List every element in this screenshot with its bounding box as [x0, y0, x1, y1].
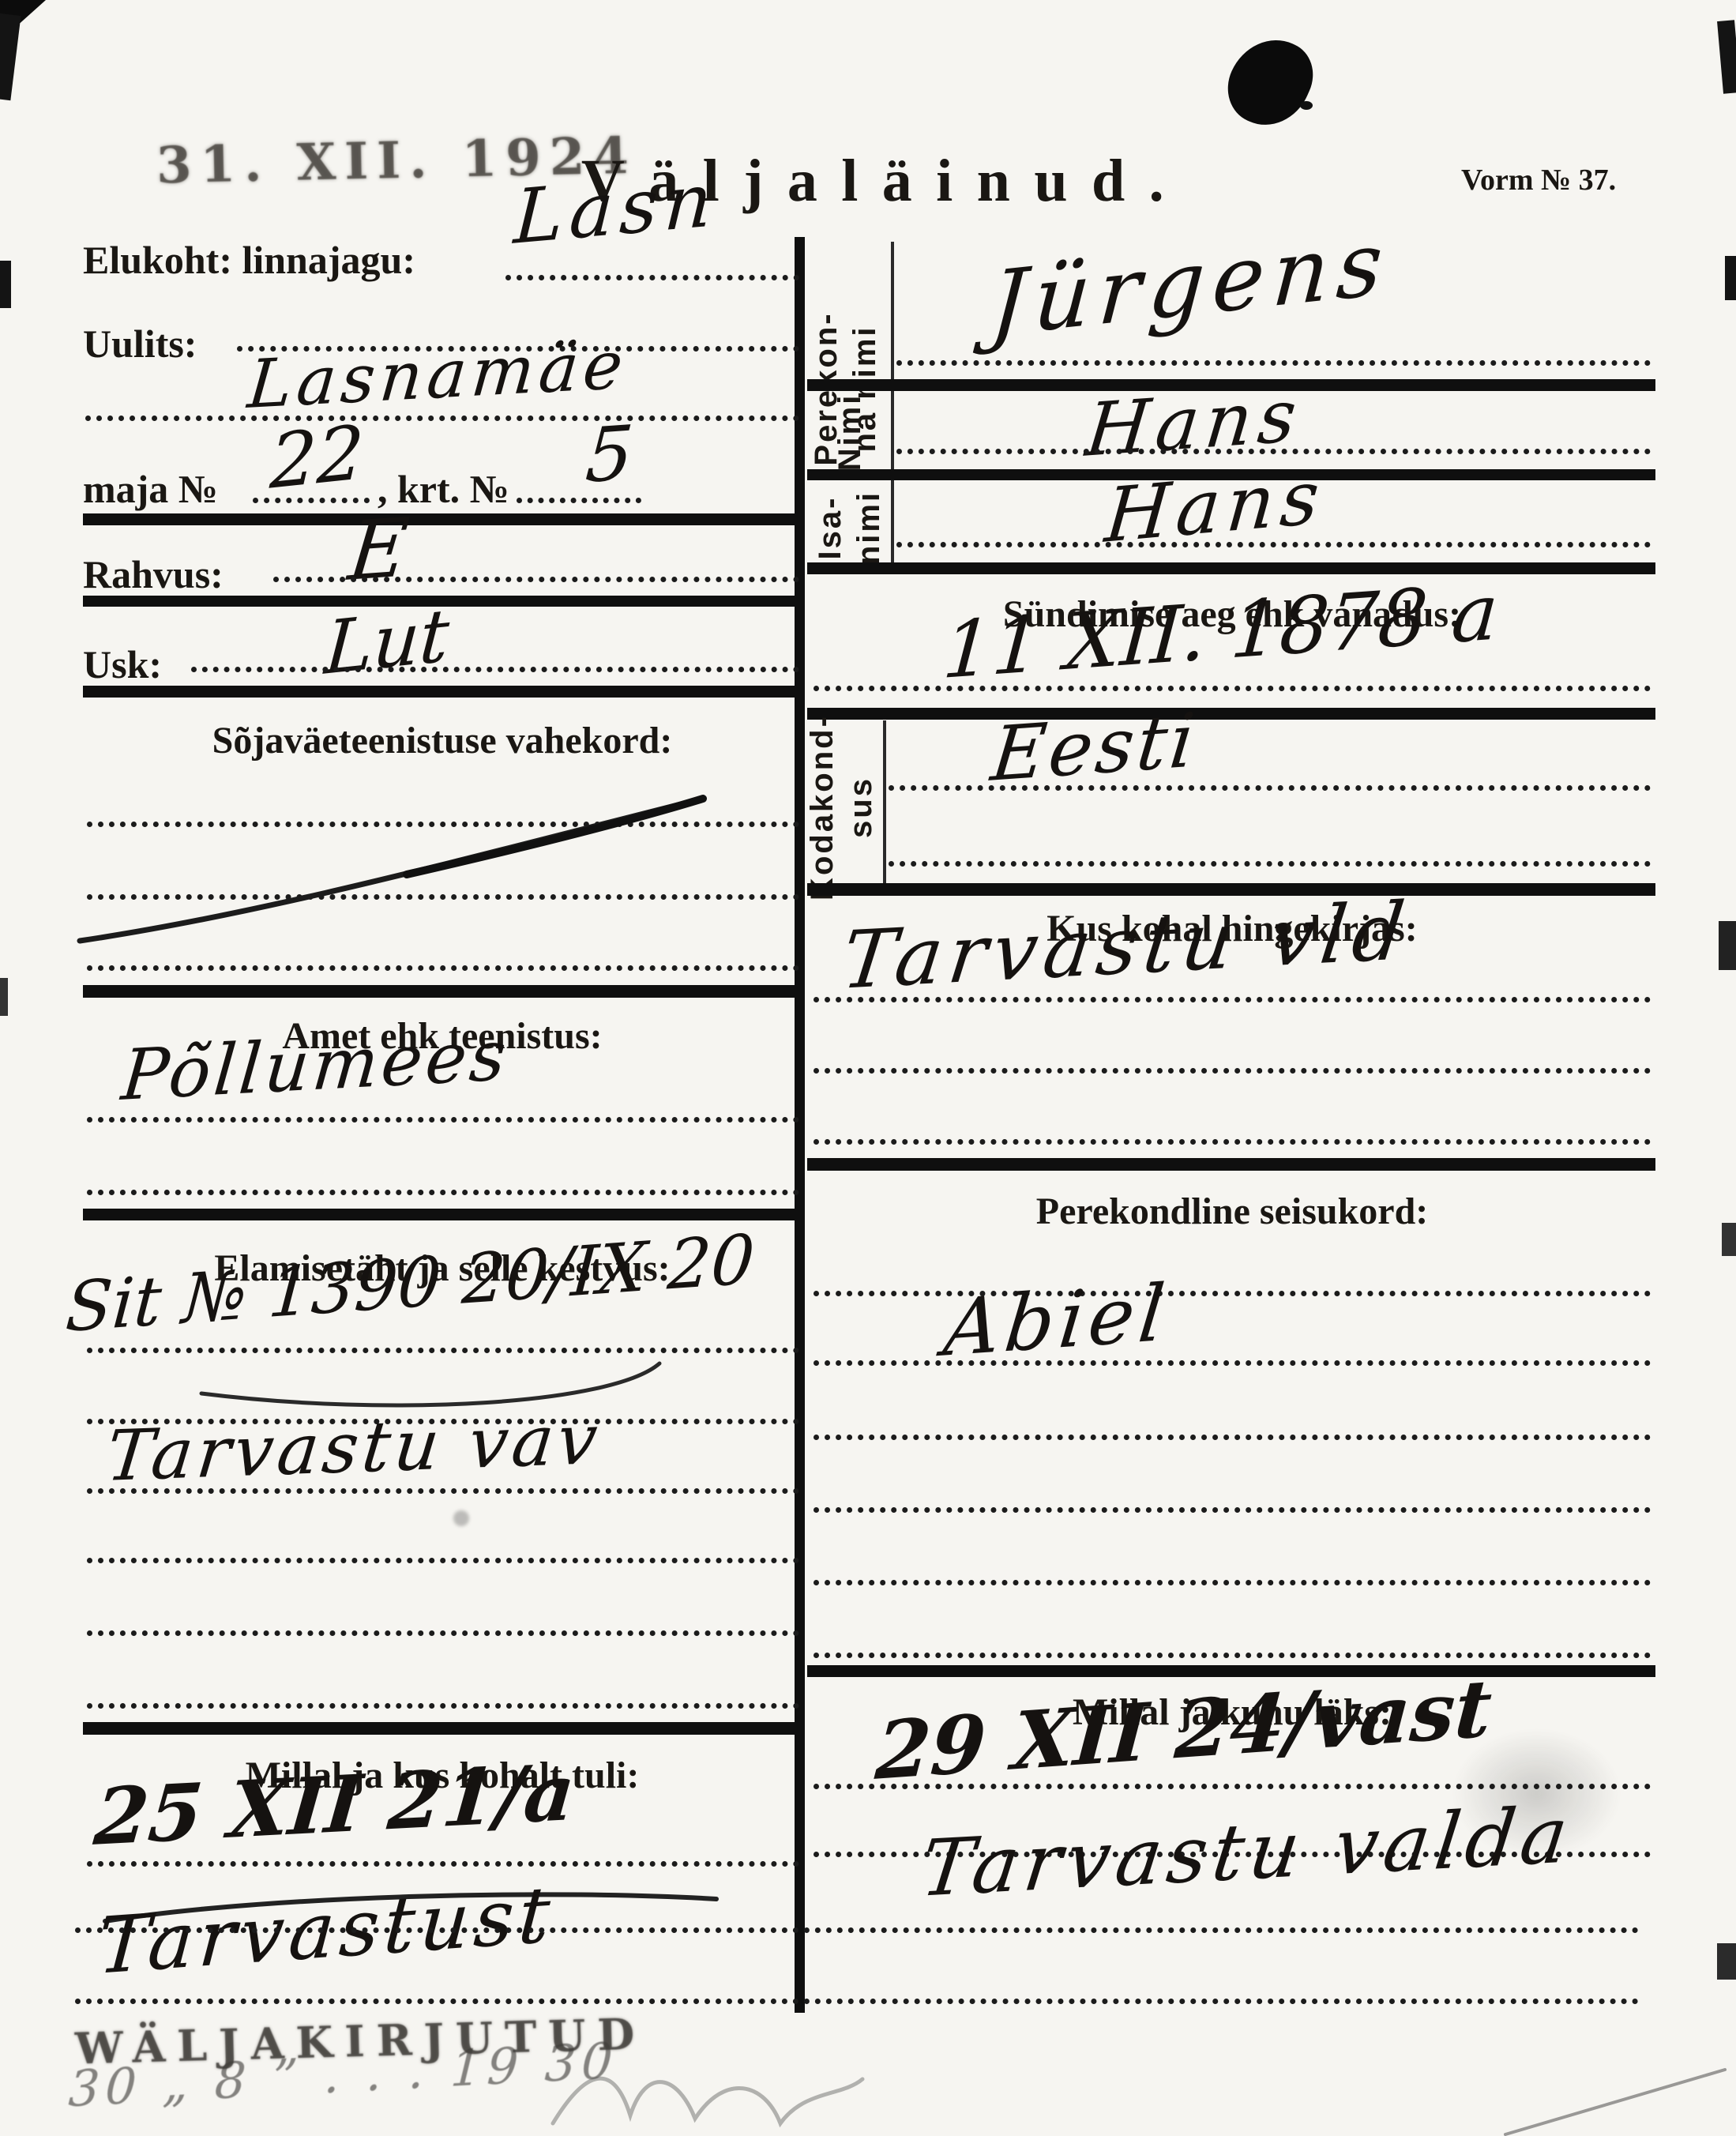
field-value-perekonnanimi: Jürgens: [987, 211, 1394, 357]
label-rule: [891, 242, 894, 573]
ink-blob-dot: [1300, 101, 1313, 110]
section-bar: [807, 1158, 1655, 1171]
field-value-hingekirjas: Tarvastu vld: [837, 884, 1415, 1007]
dotted-line: [814, 1435, 1651, 1440]
dotted-line: [75, 1999, 1639, 2004]
section-header-seisukord: Perekondline seisukord:: [814, 1190, 1651, 1233]
field-value-elamisetaht-1: Sit № 1390 20/IX 20: [63, 1220, 757, 1348]
pencil-line: [1501, 2063, 1730, 2136]
field-label-elukoht: Elukoht: linnajagu:: [83, 237, 415, 283]
dotted-line: [253, 498, 370, 503]
scan-edge-artifact: [0, 261, 11, 308]
scan-edge-artifact: [1725, 256, 1736, 300]
field-label-rahvus: Rahvus:: [83, 551, 224, 597]
scan-edge-artifact: [1719, 921, 1736, 970]
field-value-sundimine: 11 XII. 1878 a: [940, 567, 1501, 697]
section-bar: [83, 1722, 802, 1735]
field-value-elukoht: Lasn: [512, 156, 720, 261]
ink-blob: [1216, 26, 1325, 139]
dotted-line: [87, 965, 799, 971]
dotted-line: [814, 1291, 1651, 1296]
section-bar: [807, 1665, 1655, 1677]
dotted-line: [814, 1784, 1651, 1789]
dotted-line: [75, 1927, 1639, 1933]
scan-edge-artifact: [1722, 1223, 1736, 1256]
row-label-line: Isa-: [811, 453, 850, 603]
field-value-uulits: Lasnamäe: [245, 325, 631, 423]
scan-edge-artifact: [0, 13, 21, 101]
section-bar: [807, 708, 1655, 720]
form-number: Vorm № 37.: [1461, 163, 1616, 197]
dotted-line: [87, 1348, 799, 1353]
dotted-line: [87, 1630, 799, 1636]
section-bar: [83, 686, 802, 698]
row-label-line: nimi: [850, 453, 889, 603]
scan-edge-artifact: [1717, 1943, 1736, 1980]
dotted-line: [505, 275, 799, 280]
dotted-line: [814, 997, 1651, 1002]
section-bar: [83, 985, 802, 998]
section-bar: [83, 513, 802, 525]
section-bar: [807, 562, 1655, 574]
scan-edge-artifact: [0, 978, 8, 1016]
section-header-sojavae: Sõjaväeteenistuse vahekord:: [83, 719, 802, 762]
label-rule: [883, 720, 886, 896]
section-bar: [83, 1209, 802, 1220]
field-value-rahvus: E: [344, 501, 413, 600]
dotted-line: [87, 1488, 799, 1494]
dotted-line: [814, 1507, 1651, 1513]
field-value-usk: Lut: [322, 592, 452, 691]
dotted-line: [517, 498, 641, 503]
dotted-line: [85, 416, 799, 421]
field-value-laks-2: Tarvastu valda: [916, 1790, 1578, 1915]
field-label-usk: Usk:: [83, 641, 162, 687]
dotted-line: [889, 861, 1651, 867]
dotted-line: [191, 667, 799, 672]
dotted-line: [889, 785, 1651, 791]
scanned-registration-card: 31. XII. 1924 Väljaläinud. Vorm № 37. El…: [0, 0, 1736, 2136]
pen-strike-line: [75, 786, 715, 948]
column-divider: [795, 237, 805, 2013]
scan-edge-artifact: [1717, 20, 1736, 94]
dotted-line: [87, 1861, 799, 1867]
dotted-line: [87, 1558, 799, 1563]
row-label-isanimi: Isa- nimi: [811, 453, 890, 603]
smudge: [453, 1510, 469, 1526]
dotted-line: [896, 542, 1651, 547]
dotted-line: [814, 1580, 1651, 1585]
field-value-laks-1: 29 XII 24/vast: [873, 1661, 1494, 1798]
dotted-line: [273, 577, 799, 582]
field-value-kodakondsus: Eesti: [987, 698, 1201, 799]
dotted-line: [896, 449, 1651, 454]
dotted-line: [814, 686, 1651, 691]
dotted-line: [814, 1139, 1651, 1145]
dotted-line: [87, 1703, 799, 1709]
dotted-line: [814, 1360, 1651, 1366]
dotted-line: [814, 1068, 1651, 1074]
field-label-maja: maja №: [83, 466, 218, 512]
field-value-maja-nr: 22: [269, 409, 366, 506]
pencil-scribble: [545, 2051, 869, 2136]
field-label-uulits: Uulits:: [83, 321, 197, 367]
field-value-seisukord: Abiel: [940, 1268, 1174, 1374]
field-value-elamisetaht-2: Tarvastu vav: [103, 1398, 605, 1497]
dotted-line: [87, 1190, 799, 1195]
dotted-line: [896, 360, 1651, 366]
dotted-line: [87, 1117, 799, 1123]
dotted-line: [814, 1653, 1651, 1658]
field-value-krt-nr: 5: [583, 410, 636, 500]
